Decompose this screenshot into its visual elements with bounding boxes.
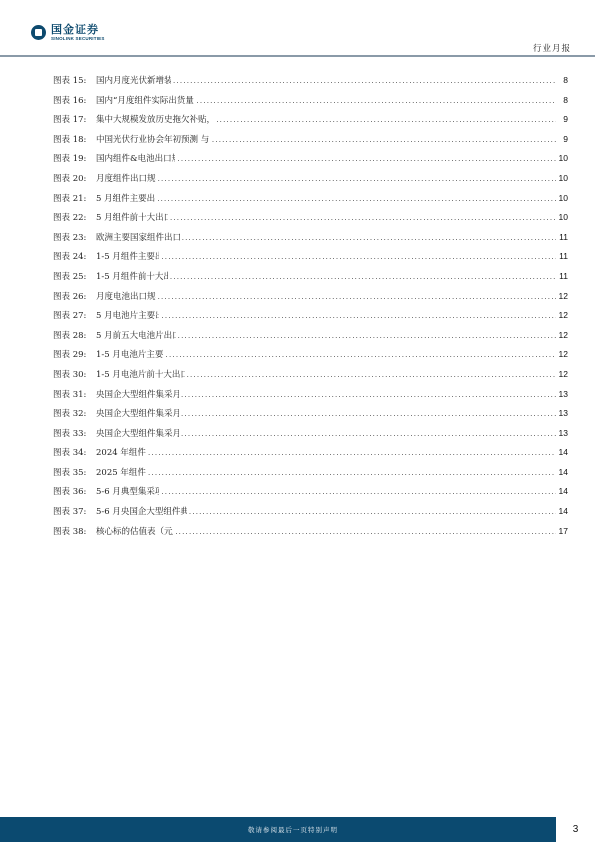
- toc-dot-leader: [189, 507, 556, 516]
- toc-dot-leader: [216, 115, 556, 124]
- toc-entry-page[interactable]: 14: [558, 486, 568, 496]
- toc-entry[interactable]: 图表 35:2025 年组件招标分布14: [53, 466, 568, 486]
- toc-entry[interactable]: 图表 21:5 月组件主要出口地区分布10: [53, 192, 568, 212]
- toc-entry-page[interactable]: 14: [558, 447, 568, 457]
- toc-entry[interactable]: 图表 38:核心标的估值表（元/股，亿元，倍）17: [53, 525, 568, 545]
- toc-dot-leader: [161, 487, 556, 496]
- toc-entry-title[interactable]: 1-5 月组件前十大出口国（MW）: [93, 270, 168, 282]
- toc-entry-label: 图表 22:: [53, 211, 93, 223]
- toc-entry-page[interactable]: 10: [558, 193, 568, 203]
- toc-entry-page[interactable]: 11: [558, 251, 568, 261]
- toc-entry-page[interactable]: 14: [558, 467, 568, 477]
- toc-entry-title[interactable]: 中国光伏行业协会年初预测 与 当年国内实际新增装机量对比: [93, 133, 210, 145]
- toc-dot-leader: [148, 468, 556, 477]
- toc-entry[interactable]: 图表 37:5-6 月央国企大型组件典型集采项目中标明细14: [53, 505, 568, 525]
- toc-entry-label: 图表 15:: [53, 74, 93, 86]
- toc-entry[interactable]: 图表 30:1-5 月电池片前十大出口国家/地区（MW）12: [53, 368, 568, 388]
- toc-entry-label: 图表 33:: [53, 427, 93, 439]
- toc-entry-title[interactable]: 月度电池出口规模（MW）: [93, 290, 156, 302]
- header-divider: [0, 55, 595, 57]
- toc-entry[interactable]: 图表 22:5 月组件前十大出口地区（MW）10: [53, 211, 568, 231]
- toc-entry-page[interactable]: 13: [558, 408, 568, 418]
- toc-dot-leader: [173, 76, 556, 85]
- toc-entry-page[interactable]: 12: [558, 291, 568, 301]
- toc-entry-label: 图表 34:: [53, 446, 93, 458]
- sinolink-logo-icon: [31, 25, 46, 40]
- toc-entry-page[interactable]: 12: [558, 310, 568, 320]
- toc-entry-page[interactable]: 10: [558, 212, 568, 222]
- toc-entry-title[interactable]: 2025 年组件招标分布: [93, 466, 146, 478]
- toc-entry-label: 图表 36:: [53, 485, 93, 497]
- toc-entry[interactable]: 图表 16:国内“月度组件实际出货量”显著较“月度装机”平滑8: [53, 94, 568, 114]
- toc-dot-leader: [187, 370, 556, 379]
- toc-entry[interactable]: 图表 15:国内月度光伏新增装机（GW，%）8: [53, 74, 568, 94]
- toc-entry-title[interactable]: 央国企大型组件集采月度定标量（GW）: [93, 427, 179, 439]
- toc-entry[interactable]: 图表 28:5 月前五大电池片出口国（MW，%）12: [53, 329, 568, 349]
- toc-entry[interactable]: 图表 34:2024 年组件招标分布14: [53, 446, 568, 466]
- company-logo: 国金证券 SINOLINK SECURITIES: [31, 24, 105, 42]
- footer-disclaimer: 敬请参阅最后一页特别声明: [248, 825, 338, 834]
- toc-entry-label: 图表 30:: [53, 368, 93, 380]
- toc-dot-leader: [181, 390, 556, 399]
- toc-entry[interactable]: 图表 27:5 月电池片主要出口国家分布12: [53, 309, 568, 329]
- toc-entry[interactable]: 图表 18:中国光伏行业协会年初预测 与 当年国内实际新增装机量对比9: [53, 133, 568, 153]
- toc-dot-leader: [161, 311, 556, 320]
- toc-entry[interactable]: 图表 19:国内组件&电池出口规模（MW，%）10: [53, 152, 568, 172]
- toc-entry-title[interactable]: 5-6 月央国企大型组件典型集采项目中标明细: [93, 505, 187, 517]
- toc-entry-page[interactable]: 9: [558, 134, 568, 144]
- toc-entry-title[interactable]: 央国企大型组件集采月度开标量（GW）: [93, 407, 179, 419]
- toc-dot-leader: [158, 292, 556, 301]
- toc-entry-label: 图表 28:: [53, 329, 93, 341]
- page-number: 3: [556, 817, 595, 842]
- toc-dot-leader: [170, 213, 556, 222]
- toc-entry-label: 图表 24:: [53, 250, 93, 262]
- toc-entry-title[interactable]: 5 月前五大电池片出口国（MW，%）: [93, 329, 176, 341]
- toc-entry-page[interactable]: 12: [558, 330, 568, 340]
- logo-text: 国金证券 SINOLINK SECURITIES: [51, 24, 105, 42]
- toc-entry-page[interactable]: 14: [558, 506, 568, 516]
- toc-dot-leader: [157, 194, 556, 203]
- toc-dot-leader: [175, 527, 556, 536]
- toc-entry-page[interactable]: 10: [558, 173, 568, 183]
- toc-dot-leader: [196, 96, 556, 105]
- toc-entry-label: 图表 16:: [53, 94, 93, 106]
- toc-entry-label: 图表 32:: [53, 407, 93, 419]
- toc-entry[interactable]: 图表 29:1-5 月电池片主要出口国家分布12: [53, 348, 568, 368]
- toc-entry-title[interactable]: 1-5 月组件主要出口国家分布: [93, 250, 159, 262]
- toc-entry[interactable]: 图表 23:欧洲主要国家组件出口数据（MW，%）11: [53, 231, 568, 251]
- toc-dot-leader: [212, 135, 556, 144]
- toc-entry-label: 图表 21:: [53, 192, 93, 204]
- footer-bar: 敬请参阅最后一页特别声明: [0, 817, 556, 842]
- toc-entry-label: 图表 27:: [53, 309, 93, 321]
- toc-entry-title[interactable]: 1-5 月电池片主要出口国家分布: [93, 348, 164, 360]
- toc-entry-label: 图表 23:: [53, 231, 93, 243]
- toc-entry-label: 图表 17:: [53, 113, 93, 125]
- toc-entry-label: 图表 25:: [53, 270, 93, 282]
- toc-entry-title[interactable]: 欧洲主要国家组件出口数据（MW，%）: [93, 231, 180, 243]
- toc-entry-label: 图表 31:: [53, 388, 93, 400]
- toc-entry-label: 图表 26:: [53, 290, 93, 302]
- toc-dot-leader: [161, 252, 556, 261]
- toc-entry[interactable]: 图表 33:央国企大型组件集采月度定标量（GW）13: [53, 427, 568, 447]
- toc-entry-label: 图表 19:: [53, 152, 93, 164]
- toc-entry-title[interactable]: 集中大规模发放历史拖欠补贴，对新增装机刺激效果“立竿见影”: [93, 113, 214, 125]
- toc-entry-title[interactable]: 国内“月度组件实际出货量”显著较“月度装机”平滑: [93, 94, 194, 106]
- toc-entry-title[interactable]: 国内组件&电池出口规模（MW，%）: [93, 152, 175, 164]
- toc-entry-title[interactable]: 5 月组件主要出口地区分布: [93, 192, 155, 204]
- toc-entry-page[interactable]: 11: [558, 232, 568, 242]
- toc-dot-leader: [148, 448, 556, 457]
- toc-entry[interactable]: 图表 17:集中大规模发放历史拖欠补贴，对新增装机刺激效果“立竿见影”9: [53, 113, 568, 133]
- toc-entry-page[interactable]: 8: [558, 75, 568, 85]
- toc-entry-label: 图表 18:: [53, 133, 93, 145]
- toc-entry-title[interactable]: 5-6 月典型集采项目投标明细: [93, 485, 159, 497]
- logo-name-cn: 国金证券: [51, 24, 105, 35]
- toc-entry-page[interactable]: 17: [558, 526, 568, 536]
- toc-entry[interactable]: 图表 36:5-6 月典型集采项目投标明细14: [53, 485, 568, 505]
- toc-entry-title[interactable]: 国内月度光伏新增装机（GW，%）: [93, 74, 171, 86]
- toc-dot-leader: [182, 233, 556, 242]
- toc-entry-title[interactable]: 5 月组件前十大出口地区（MW）: [93, 211, 168, 223]
- toc-entry[interactable]: 图表 20:月度组件出口规模（MW）10: [53, 172, 568, 192]
- toc-entry[interactable]: 图表 32:央国企大型组件集采月度开标量（GW）13: [53, 407, 568, 427]
- toc-entry[interactable]: 图表 31:央国企大型组件集采月度招标量（GW）13: [53, 388, 568, 408]
- toc-entry[interactable]: 图表 26:月度电池出口规模（MW）12: [53, 290, 568, 310]
- toc-entry-title[interactable]: 核心标的估值表（元/股，亿元，倍）: [93, 525, 173, 537]
- report-type-label: 行业月报: [533, 42, 571, 54]
- toc-dot-leader: [166, 350, 556, 359]
- toc-entry-page[interactable]: 12: [558, 349, 568, 359]
- toc-dot-leader: [181, 429, 556, 438]
- toc-dot-leader: [170, 272, 556, 281]
- toc-entry-page[interactable]: 9: [558, 114, 568, 124]
- toc-entry-title[interactable]: 央国企大型组件集采月度招标量（GW）: [93, 388, 179, 400]
- table-of-figures: 图表 15:国内月度光伏新增装机（GW，%）8图表 16:国内“月度组件实际出货…: [53, 74, 568, 544]
- toc-dot-leader: [158, 174, 556, 183]
- toc-entry-title[interactable]: 2024 年组件招标分布: [93, 446, 146, 458]
- toc-entry-page[interactable]: 13: [558, 428, 568, 438]
- toc-entry-page[interactable]: 13: [558, 389, 568, 399]
- toc-entry-page[interactable]: 11: [558, 271, 568, 281]
- toc-entry-page[interactable]: 8: [558, 95, 568, 105]
- toc-entry-page[interactable]: 12: [558, 369, 568, 379]
- toc-entry-label: 图表 37:: [53, 505, 93, 517]
- toc-dot-leader: [181, 409, 556, 418]
- toc-dot-leader: [178, 331, 556, 340]
- toc-entry-title[interactable]: 1-5 月电池片前十大出口国家/地区（MW）: [93, 368, 185, 380]
- toc-entry-title[interactable]: 月度组件出口规模（MW）: [93, 172, 156, 184]
- toc-entry-title[interactable]: 5 月电池片主要出口国家分布: [93, 309, 159, 321]
- toc-entry-label: 图表 20:: [53, 172, 93, 184]
- toc-entry[interactable]: 图表 25:1-5 月组件前十大出口国（MW）11: [53, 270, 568, 290]
- logo-name-en: SINOLINK SECURITIES: [51, 37, 105, 42]
- toc-entry-label: 图表 29:: [53, 348, 93, 360]
- toc-dot-leader: [177, 154, 556, 163]
- toc-entry-page[interactable]: 10: [558, 153, 568, 163]
- toc-entry-label: 图表 35:: [53, 466, 93, 478]
- toc-entry[interactable]: 图表 24:1-5 月组件主要出口国家分布11: [53, 250, 568, 270]
- toc-entry-label: 图表 38:: [53, 525, 93, 537]
